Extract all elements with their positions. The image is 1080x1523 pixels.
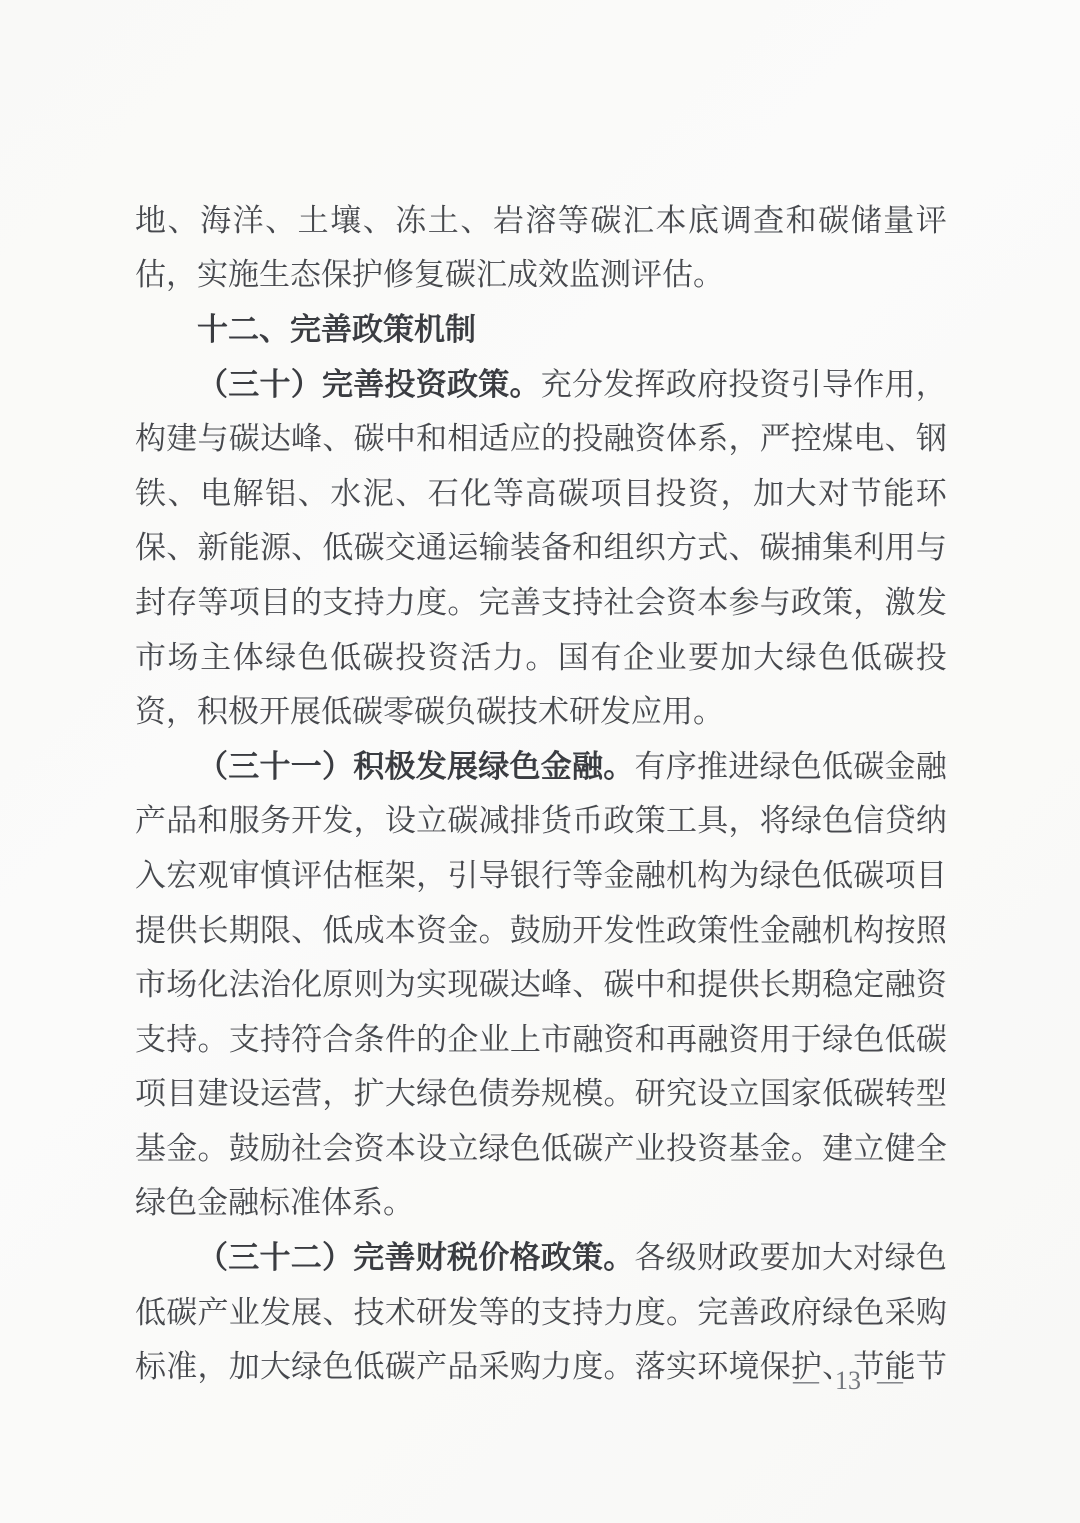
text-line: 提供长期限、低成本资金。鼓励开发性政策性金融机构按照 [135, 900, 947, 955]
text-line: 产品和服务开发，设立碳减排货币政策工具，将绿色信贷纳 [135, 791, 947, 846]
text-line: 铁、电解铝、水泥、石化等高碳项目投资，加大对节能环 [135, 463, 947, 518]
text-line: （三十）完善投资政策。充分发挥政府投资引导作用， [135, 354, 947, 409]
text-line: 构建与碳达峰、碳中和相适应的投融资体系，严控煤电、钢 [135, 408, 947, 463]
page-number-value: 13 [835, 1366, 861, 1396]
text-line: （三十二）完善财税价格政策。各级财政要加大对绿色 [135, 1227, 947, 1282]
text-line: 低碳产业发展、技术研发等的支持力度。完善政府绿色采购 [135, 1282, 947, 1337]
text-line: 封存等项目的支持力度。完善支持社会资本参与政策，激发 [135, 572, 947, 627]
text-line: 绿色金融标准体系。 [135, 1173, 947, 1228]
text-line: 估，实施生态保护修复碳汇成效监测评估。 [135, 245, 947, 300]
text-line: 保、新能源、低碳交通运输装备和组织方式、碳捕集利用与 [135, 518, 947, 573]
page-footer: — 13 — [793, 1366, 903, 1396]
text-line: 市场主体绿色低碳投资活力。国有企业要加大绿色低碳投 [135, 627, 947, 682]
text-line: （三十一）积极发展绿色金融。有序推进绿色低碳金融 [135, 736, 947, 791]
text-line: 市场化法治化原则为实现碳达峰、碳中和提供长期稳定融资 [135, 954, 947, 1009]
text-line: 基金。鼓励社会资本设立绿色低碳产业投资基金。建立健全 [135, 1118, 947, 1173]
text-line: 支持。支持符合条件的企业上市融资和再融资用于绿色低碳 [135, 1009, 947, 1064]
page-number-dash-right: — [877, 1366, 903, 1396]
text-line: 资，积极开展低碳零碳负碳技术研发应用。 [135, 681, 947, 736]
document-body: 地、海洋、土壤、冻土、岩溶等碳汇本底调查和碳储量评估，实施生态保护修复碳汇成效监… [135, 190, 947, 1391]
text-line: 项目建设运营，扩大绿色债券规模。研究设立国家低碳转型 [135, 1064, 947, 1119]
text-line: 地、海洋、土壤、冻土、岩溶等碳汇本底调查和碳储量评 [135, 190, 947, 245]
document-page: 地、海洋、土壤、冻土、岩溶等碳汇本底调查和碳储量评估，实施生态保护修复碳汇成效监… [0, 0, 1080, 1523]
page-number-dash-left: — [793, 1366, 819, 1396]
text-line: 十二、完善政策机制 [135, 299, 947, 354]
text-line: 入宏观审慎评估框架，引导银行等金融机构为绿色低碳项目 [135, 845, 947, 900]
